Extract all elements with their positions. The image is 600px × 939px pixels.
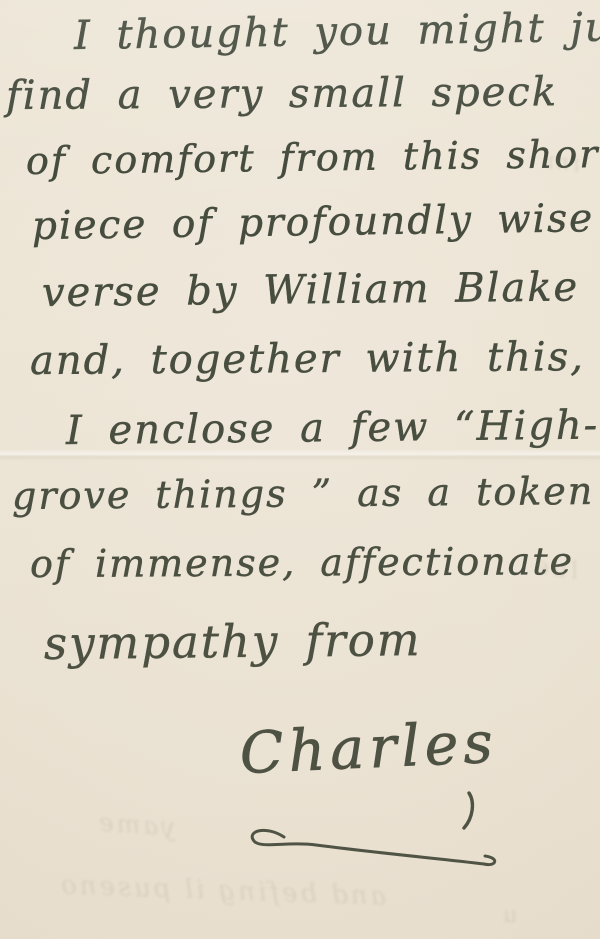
handwritten-line: verse by William Blake: [42, 267, 580, 313]
handwritten-line: of immense, affectionate: [30, 542, 574, 583]
signature: Charles: [239, 715, 499, 783]
show-through-mark: lue: [531, 553, 580, 583]
handwritten-line: grove things ” as a token: [12, 472, 595, 515]
handwritten-line: sympathy from: [44, 617, 422, 666]
show-through-mark: yame: [95, 809, 176, 839]
letter-page: I thought you might justfind a very smal…: [0, 0, 600, 939]
ink-tick-mark: [456, 788, 482, 834]
show-through-mark: u: [499, 904, 518, 927]
handwritten-line: I enclose a few “High-: [66, 405, 600, 451]
handwritten-line: piece of profoundly wise: [32, 199, 595, 246]
show-through-mark: im: [543, 148, 582, 176]
handwritten-line: of comfort from this short: [26, 135, 600, 180]
handwritten-line: and, together with this,: [30, 337, 585, 381]
handwritten-line: find a very small speck: [6, 72, 558, 116]
show-through-mark: and befing il puseno: [58, 872, 387, 909]
handwritten-line: I thought you might just: [74, 7, 600, 56]
